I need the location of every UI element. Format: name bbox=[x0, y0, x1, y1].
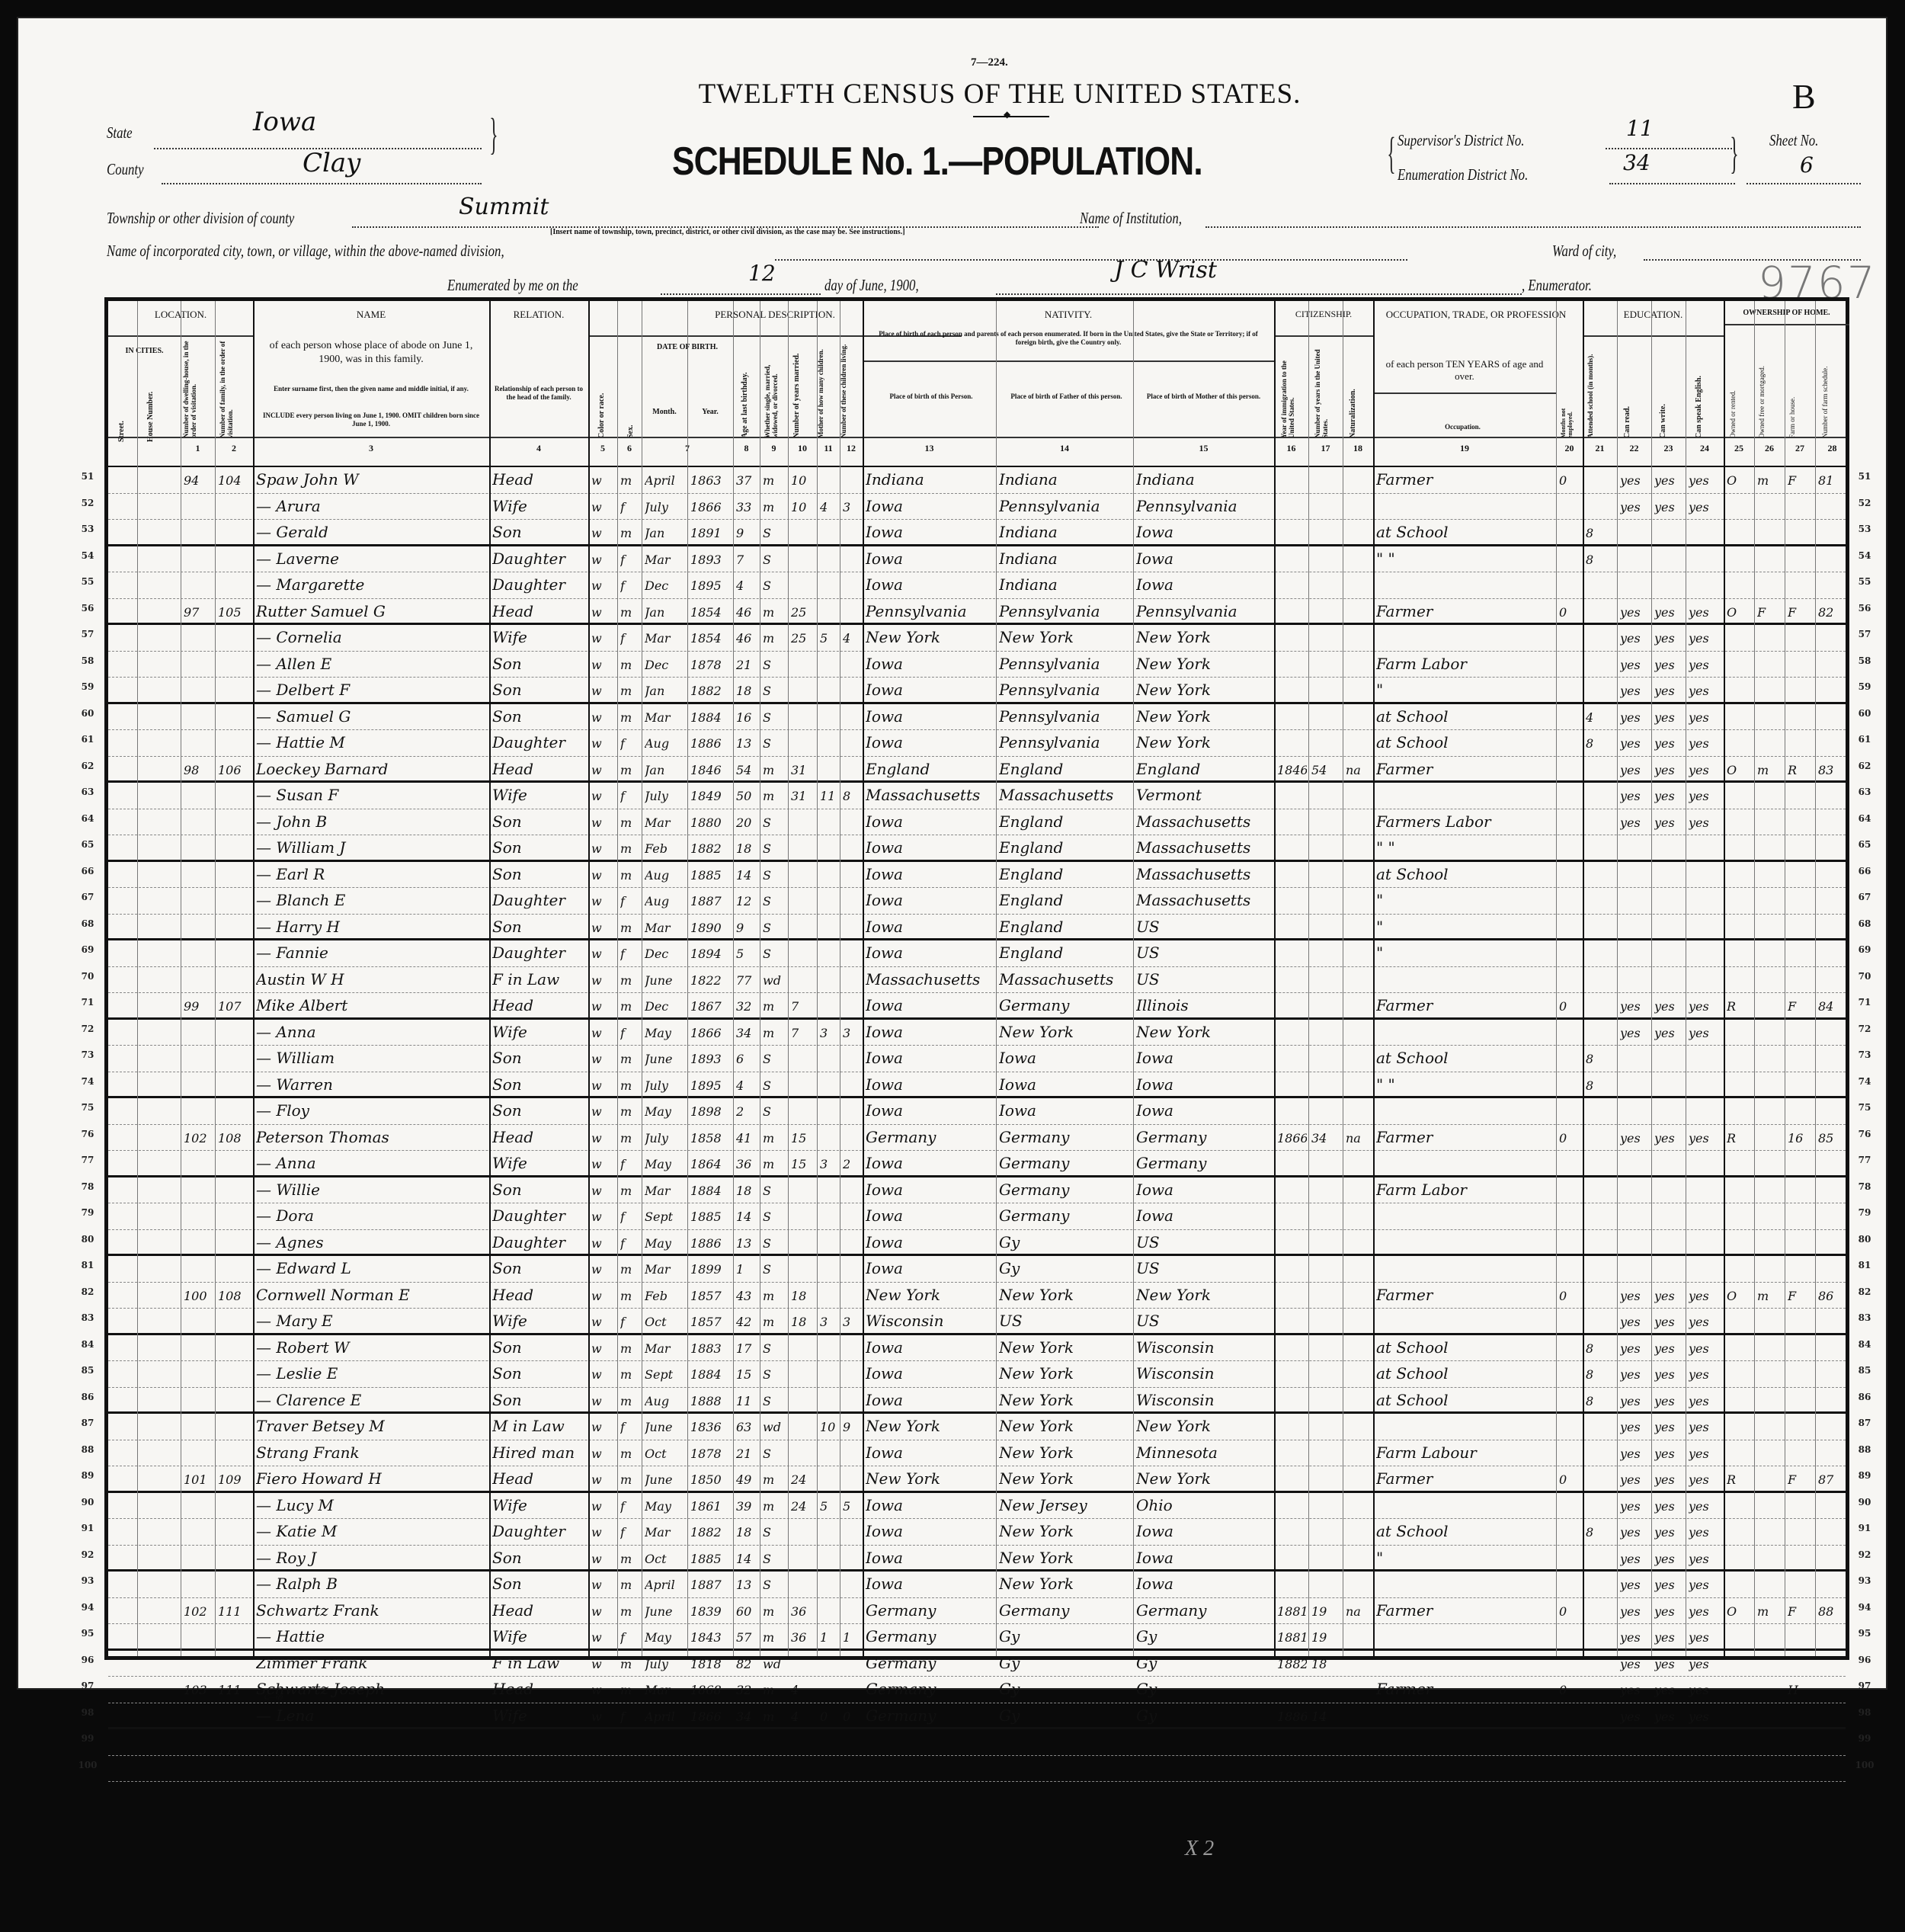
cell-name: Austin W H bbox=[256, 970, 488, 988]
cell-birth: Iowa bbox=[866, 1049, 994, 1067]
cell-birth: Iowa bbox=[866, 944, 994, 962]
cell-color: w bbox=[591, 605, 616, 620]
cell-mother-of: 10 bbox=[820, 1420, 838, 1434]
cell-sex: m bbox=[620, 1184, 640, 1198]
table-row: — AnnaWifewfMay186436m1532IowaGermanyGer… bbox=[108, 1151, 1846, 1177]
cell-year: 1886 bbox=[690, 736, 732, 751]
cell-mother: New York bbox=[1136, 1286, 1273, 1304]
cell-english: yes bbox=[1689, 1341, 1722, 1356]
cell-read: yes bbox=[1620, 789, 1650, 803]
cell-occupation: " bbox=[1376, 1549, 1554, 1567]
cell-marital: S bbox=[763, 841, 786, 856]
cell-mother: New York bbox=[1136, 733, 1273, 751]
cell-yrs-married: 15 bbox=[791, 1131, 815, 1145]
cell-write: yes bbox=[1654, 684, 1684, 698]
township-label: Township or other division of county bbox=[107, 209, 294, 228]
sheet-value: 6 bbox=[1800, 152, 1814, 178]
cell-mother: Iowa bbox=[1136, 549, 1273, 568]
table-row: — John BSonwmMar188020SIowaEnglandMassac… bbox=[108, 809, 1846, 836]
cell-dwelling: 99 bbox=[184, 999, 213, 1014]
cell-name: — Lena bbox=[256, 1706, 488, 1725]
cell-name: Schwartz Frank bbox=[256, 1601, 488, 1620]
cell-yrs-married: 18 bbox=[791, 1289, 815, 1303]
cell-father: New York bbox=[999, 1023, 1132, 1041]
cell-relation: Wife bbox=[492, 1627, 587, 1645]
header-name: NAME bbox=[253, 309, 489, 321]
cell-sex: m bbox=[620, 973, 640, 988]
cell-birth: Iowa bbox=[866, 891, 994, 909]
cell-color: w bbox=[591, 1157, 616, 1171]
header-occupation-group: OCCUPATION, TRADE, OR PROFESSION bbox=[1373, 309, 1579, 321]
cell-write: yes bbox=[1654, 1367, 1684, 1382]
cell-birth: Iowa bbox=[866, 1101, 994, 1120]
cell-age: 46 bbox=[736, 631, 758, 646]
cell-relation: Head bbox=[492, 1128, 587, 1146]
cell-relation: Wife bbox=[492, 786, 587, 804]
cell-color: w bbox=[591, 947, 616, 961]
line-number: 84 bbox=[1853, 1339, 1876, 1350]
line-number: 62 bbox=[76, 761, 99, 771]
cell-sex: m bbox=[620, 1104, 640, 1119]
cell-yrs-married: 10 bbox=[791, 500, 815, 514]
cell-read: yes bbox=[1620, 1552, 1650, 1566]
cell-mother: US bbox=[1136, 1233, 1273, 1251]
cell-relation: Son bbox=[492, 1575, 587, 1593]
cell-marital: m bbox=[763, 631, 786, 646]
cell-father: England bbox=[999, 891, 1132, 909]
cell-month: Jan bbox=[645, 763, 686, 777]
cell-farm: F bbox=[1788, 1289, 1814, 1303]
cell-english: yes bbox=[1689, 1604, 1722, 1619]
line-number: 59 bbox=[76, 681, 99, 692]
cell-schedule: 85 bbox=[1818, 1131, 1848, 1145]
cell-family: 104 bbox=[218, 473, 251, 488]
column-number: 6 bbox=[617, 443, 642, 454]
cell-marital: S bbox=[763, 1578, 786, 1592]
table-row: 102108Peterson ThomasHeadwmJuly185841m15… bbox=[108, 1125, 1846, 1152]
table-row: 99107Mike AlbertHeadwmDec186732m7IowaGer… bbox=[108, 993, 1846, 1020]
district-brace-right: } bbox=[1730, 127, 1738, 178]
cell-relation: M in Law bbox=[492, 1417, 587, 1435]
cell-name: — Arura bbox=[256, 497, 488, 515]
table-row: — LaverneDaughterwfMar18937SIowaIndianaI… bbox=[108, 546, 1846, 573]
cell-write: yes bbox=[1654, 1604, 1684, 1619]
cell-write: yes bbox=[1654, 500, 1684, 514]
cell-family: 108 bbox=[218, 1289, 251, 1303]
cell-year: 1880 bbox=[690, 815, 732, 830]
cell-occupation: Farmer bbox=[1376, 1680, 1554, 1698]
column-divider bbox=[215, 301, 216, 1656]
header-farm-house: Farm or house. bbox=[1788, 381, 1796, 438]
cell-occupation: Farmer bbox=[1376, 1469, 1554, 1488]
state-value: Iowa bbox=[253, 107, 316, 137]
cell-write: yes bbox=[1654, 736, 1684, 751]
cell-color: w bbox=[591, 1210, 616, 1224]
sheet-line bbox=[1747, 183, 1861, 184]
population-table: LOCATION. IN CITIES. Street. House Numbe… bbox=[104, 297, 1849, 1660]
line-number: 81 bbox=[76, 1260, 99, 1270]
line-number: 99 bbox=[1853, 1733, 1876, 1744]
column-divider bbox=[1373, 301, 1375, 1656]
cell-year: 1866 bbox=[690, 1709, 732, 1724]
cell-color: w bbox=[591, 578, 616, 593]
cell-dwelling: 98 bbox=[184, 763, 213, 777]
cell-birth: Iowa bbox=[866, 1364, 994, 1383]
cell-father: Pennsylvania bbox=[999, 733, 1132, 751]
table-row: — LenaWifewfApril186634m400GermanyGyGy18… bbox=[108, 1703, 1846, 1730]
cell-father: Gy bbox=[999, 1706, 1132, 1725]
cell-age: 4 bbox=[736, 1078, 758, 1093]
cell-write: yes bbox=[1654, 1552, 1684, 1566]
cell-yrs-us: 19 bbox=[1311, 1604, 1341, 1619]
cell-age: 18 bbox=[736, 841, 758, 856]
cell-marital: m bbox=[763, 789, 786, 803]
cell-age: 14 bbox=[736, 868, 758, 883]
cell-mother: Gy bbox=[1136, 1627, 1273, 1645]
city-label: Name of incorporated city, town, or vill… bbox=[107, 242, 504, 261]
cell-birth: Iowa bbox=[866, 681, 994, 699]
cell-birth: Iowa bbox=[866, 497, 994, 515]
cell-name: — Susan F bbox=[256, 786, 488, 804]
cell-color: w bbox=[591, 1447, 616, 1461]
cell-write: yes bbox=[1654, 1630, 1684, 1645]
cell-school: 8 bbox=[1586, 1052, 1615, 1066]
column-number: 19 bbox=[1373, 443, 1556, 454]
column-number: 14 bbox=[996, 443, 1133, 454]
line-number: 59 bbox=[1853, 681, 1876, 692]
cell-month: Feb bbox=[645, 1289, 686, 1303]
line-number: 97 bbox=[1853, 1680, 1876, 1691]
cell-mother: Germany bbox=[1136, 1154, 1273, 1172]
line-number: 51 bbox=[1853, 471, 1876, 482]
cell-name: Loeckey Barnard bbox=[256, 760, 488, 778]
line-number: 60 bbox=[1853, 708, 1876, 719]
cell-english: yes bbox=[1689, 473, 1722, 488]
cell-name: — John B bbox=[256, 812, 488, 831]
cell-father: New York bbox=[999, 1575, 1132, 1593]
cell-mother: New York bbox=[1136, 655, 1273, 673]
table-row: — Clarence ESonwmAug188811SIowaNew YorkW… bbox=[108, 1388, 1846, 1415]
line-number: 68 bbox=[1853, 918, 1876, 929]
table-row: — Roy JSonwmOct188514SIowaNew YorkIowa"y… bbox=[108, 1546, 1846, 1572]
cell-month: July bbox=[645, 1131, 686, 1145]
cell-mother: US bbox=[1136, 1312, 1273, 1330]
cell-color: w bbox=[591, 500, 616, 514]
line-number: 92 bbox=[76, 1549, 99, 1560]
cell-sex: m bbox=[620, 999, 640, 1014]
cell-color: w bbox=[591, 894, 616, 908]
cell-year: 1893 bbox=[690, 553, 732, 567]
cell-sex: m bbox=[620, 815, 640, 830]
cell-mother-of: 4 bbox=[820, 500, 838, 514]
line-number: 76 bbox=[76, 1129, 99, 1139]
line-number: 95 bbox=[76, 1628, 99, 1639]
cell-name: — Cornelia bbox=[256, 628, 488, 646]
column-divider bbox=[760, 301, 760, 1656]
cell-name: — Ralph B bbox=[256, 1575, 488, 1593]
cell-school: 8 bbox=[1586, 1341, 1615, 1356]
cell-birth: Germany bbox=[866, 1627, 994, 1645]
cell-birth: Iowa bbox=[866, 1522, 994, 1540]
cell-mother: New York bbox=[1136, 1417, 1273, 1435]
cell-imm: 1881 bbox=[1277, 1604, 1307, 1619]
cell-read: yes bbox=[1620, 684, 1650, 698]
cell-occupation: Farmer bbox=[1376, 760, 1554, 778]
cell-write: yes bbox=[1654, 1525, 1684, 1540]
cell-year: 1882 bbox=[690, 1525, 732, 1540]
cell-schedule: 87 bbox=[1818, 1472, 1848, 1487]
line-number: 57 bbox=[1853, 629, 1876, 639]
cell-year: 1839 bbox=[690, 1604, 732, 1619]
cell-farm: F bbox=[1788, 1604, 1814, 1619]
cell-birth: Massachusetts bbox=[866, 970, 994, 988]
cell-relation: Wife bbox=[492, 628, 587, 646]
cell-mother: Massachusetts bbox=[1136, 838, 1273, 857]
header-can-speak-english: Can speak English. bbox=[1695, 362, 1703, 438]
cell-unemployed: 0 bbox=[1559, 605, 1581, 620]
cell-color: w bbox=[591, 1262, 616, 1277]
cell-occupation: at School bbox=[1376, 1364, 1554, 1383]
cell-yrs-married: 25 bbox=[791, 605, 815, 620]
cell-name: Fiero Howard H bbox=[256, 1469, 488, 1488]
cell-name: — Roy J bbox=[256, 1549, 488, 1567]
cell-living: 0 bbox=[843, 1709, 861, 1724]
line-number: 64 bbox=[76, 813, 99, 824]
cell-birth: Germany bbox=[866, 1654, 994, 1672]
cell-age: 14 bbox=[736, 1210, 758, 1224]
cell-relation: Son bbox=[492, 1259, 587, 1277]
cell-birth: Germany bbox=[866, 1128, 994, 1146]
line-number: 65 bbox=[76, 839, 99, 850]
cell-name: — Fannie bbox=[256, 944, 488, 962]
header-owned-rented: Owned or rented. bbox=[1729, 373, 1737, 438]
line-number: 66 bbox=[76, 866, 99, 876]
cell-relation: Daughter bbox=[492, 575, 587, 594]
cell-color: w bbox=[591, 1289, 616, 1303]
cell-color: w bbox=[591, 1472, 616, 1487]
cell-sex: m bbox=[620, 1341, 640, 1356]
cell-occupation: Farm Labor bbox=[1376, 1181, 1554, 1199]
cell-mother: US bbox=[1136, 944, 1273, 962]
cell-age: 46 bbox=[736, 605, 758, 620]
cell-month: April bbox=[645, 473, 686, 488]
cell-yrs-us: 54 bbox=[1311, 763, 1341, 777]
cell-relation: F in Law bbox=[492, 1654, 587, 1672]
line-number: 65 bbox=[1853, 839, 1876, 850]
cell-father: Gy bbox=[999, 1654, 1132, 1672]
table-row: — Mary EWifewfOct185742m1833WisconsinUSU… bbox=[108, 1309, 1846, 1335]
cell-color: w bbox=[591, 1683, 616, 1697]
cell-sex: m bbox=[620, 841, 640, 856]
cell-english: yes bbox=[1689, 658, 1722, 672]
column-divider bbox=[489, 301, 491, 1656]
line-number: 70 bbox=[76, 971, 99, 982]
cell-name: — Mary E bbox=[256, 1312, 488, 1330]
cell-father: Gy bbox=[999, 1259, 1132, 1277]
cell-occupation: " " bbox=[1376, 1075, 1554, 1094]
cell-family: 108 bbox=[218, 1131, 251, 1145]
line-number: 87 bbox=[76, 1418, 99, 1428]
cell-relation: Son bbox=[492, 1101, 587, 1120]
cell-year: 1849 bbox=[690, 789, 732, 803]
column-number: 2 bbox=[215, 443, 253, 454]
cell-month: Dec bbox=[645, 658, 686, 672]
cell-schedule: 86 bbox=[1818, 1289, 1848, 1303]
cell-age: 34 bbox=[736, 1709, 758, 1724]
line-number: 82 bbox=[76, 1286, 99, 1297]
cell-father: Massachusetts bbox=[999, 970, 1132, 988]
cell-mother: Gy bbox=[1136, 1680, 1273, 1698]
cell-dwelling: 94 bbox=[184, 473, 213, 488]
cell-unemployed: 0 bbox=[1559, 473, 1581, 488]
cell-write: yes bbox=[1654, 1709, 1684, 1724]
cell-write: yes bbox=[1654, 1657, 1684, 1671]
cell-imm: 1866 bbox=[1277, 1131, 1307, 1145]
cell-english: yes bbox=[1689, 763, 1722, 777]
cell-free: F bbox=[1757, 605, 1783, 620]
cell-read: yes bbox=[1620, 1472, 1650, 1487]
column-divider bbox=[1617, 301, 1618, 1656]
cell-schedule: 82 bbox=[1818, 605, 1848, 620]
line-number: 89 bbox=[76, 1470, 99, 1481]
header-rule bbox=[1274, 335, 1373, 337]
cell-mother-of: 5 bbox=[820, 1499, 838, 1514]
cell-color: w bbox=[591, 1604, 616, 1619]
cell-name: Traver Betsey M bbox=[256, 1417, 488, 1435]
cell-name: — Clarence E bbox=[256, 1391, 488, 1409]
cell-name: — Edward L bbox=[256, 1259, 488, 1277]
cell-mother: New York bbox=[1136, 707, 1273, 726]
cell-marital: wd bbox=[763, 973, 786, 988]
cell-sex: m bbox=[620, 1078, 640, 1093]
cell-color: w bbox=[591, 658, 616, 672]
cell-marital: S bbox=[763, 894, 786, 908]
cell-english: yes bbox=[1689, 789, 1722, 803]
table-row: — AnnaWifewfMay186634m733IowaNew YorkNew… bbox=[108, 1020, 1846, 1046]
cell-name: — Margarette bbox=[256, 575, 488, 594]
cell-english: yes bbox=[1689, 1472, 1722, 1487]
cell-sex: m bbox=[620, 526, 640, 540]
cell-father: England bbox=[999, 944, 1132, 962]
table-row: 101109Fiero Howard HHeadwmJune185049m24N… bbox=[108, 1466, 1846, 1493]
cell-marital: S bbox=[763, 1262, 786, 1277]
cell-father: Iowa bbox=[999, 1049, 1132, 1067]
cell-month: Mar bbox=[645, 1525, 686, 1540]
cell-color: w bbox=[591, 1578, 616, 1592]
line-number: 82 bbox=[1853, 1286, 1876, 1297]
cell-birth: Iowa bbox=[866, 1391, 994, 1409]
cell-relation: Daughter bbox=[492, 1206, 587, 1225]
cell-yrs-married: 31 bbox=[791, 763, 815, 777]
cell-own: R bbox=[1727, 1131, 1753, 1145]
line-number: 96 bbox=[76, 1655, 99, 1665]
cell-unemployed: 0 bbox=[1559, 1289, 1581, 1303]
line-number: 72 bbox=[1853, 1024, 1876, 1034]
cell-occupation: at School bbox=[1376, 523, 1554, 541]
cell-age: 42 bbox=[736, 1315, 758, 1329]
cell-relation: Wife bbox=[492, 497, 587, 515]
column-divider bbox=[1724, 301, 1725, 1656]
cell-year: 1884 bbox=[690, 1184, 732, 1198]
cell-year: 1850 bbox=[690, 1472, 732, 1487]
cell-birth: New York bbox=[866, 1417, 994, 1435]
cell-marital: S bbox=[763, 1525, 786, 1540]
cell-sex: m bbox=[620, 605, 640, 620]
cell-mother: Iowa bbox=[1136, 1101, 1273, 1120]
line-number: 93 bbox=[76, 1575, 99, 1586]
cell-year: 1857 bbox=[690, 1315, 732, 1329]
cell-unemployed: 0 bbox=[1559, 1604, 1581, 1619]
cell-mother: Ohio bbox=[1136, 1496, 1273, 1514]
cell-living: 9 bbox=[843, 1420, 861, 1434]
cell-free: m bbox=[1757, 1289, 1783, 1303]
cell-mother: Iowa bbox=[1136, 1575, 1273, 1593]
column-number: 12 bbox=[840, 443, 863, 454]
table-row: — WarrenSonwmJuly18954SIowaIowaIowa" "8 bbox=[108, 1072, 1846, 1099]
cell-write: yes bbox=[1654, 710, 1684, 725]
cell-age: 21 bbox=[736, 658, 758, 672]
cell-age: 43 bbox=[736, 1289, 758, 1303]
cell-name: — Robert W bbox=[256, 1338, 488, 1357]
column-number: 13 bbox=[863, 443, 996, 454]
cell-year: 1890 bbox=[690, 921, 732, 935]
cell-color: w bbox=[591, 1657, 616, 1671]
cell-unemployed: 0 bbox=[1559, 1131, 1581, 1145]
cell-month: May bbox=[645, 1026, 686, 1040]
cell-year: 1894 bbox=[690, 947, 732, 961]
header-birth-person: Place of birth of this Person. bbox=[866, 392, 996, 401]
cell-occupation: at School bbox=[1376, 1391, 1554, 1409]
cell-mother: New York bbox=[1136, 1469, 1273, 1488]
cell-english: yes bbox=[1689, 736, 1722, 751]
cell-relation: Son bbox=[492, 918, 587, 936]
cell-age: 32 bbox=[736, 999, 758, 1014]
table-row bbox=[108, 1729, 1846, 1756]
line-number: 85 bbox=[76, 1365, 99, 1376]
cell-marital: S bbox=[763, 1104, 786, 1119]
line-number: 55 bbox=[1853, 576, 1876, 587]
cell-sex: f bbox=[620, 1420, 640, 1434]
cell-father: Germany bbox=[999, 1601, 1132, 1620]
header-education: EDUCATION. bbox=[1583, 309, 1724, 321]
cell-sex: f bbox=[620, 947, 640, 961]
cell-living: 3 bbox=[843, 1315, 861, 1329]
cell-marital: m bbox=[763, 1131, 786, 1145]
line-number: 99 bbox=[76, 1733, 99, 1744]
cell-father: US bbox=[999, 1312, 1132, 1330]
cell-english: yes bbox=[1689, 1525, 1722, 1540]
cell-year: 1854 bbox=[690, 631, 732, 646]
cell-sex: m bbox=[620, 1578, 640, 1592]
cell-father: Pennsylvania bbox=[999, 681, 1132, 699]
header-immigration-year: Year of immigration to the United States… bbox=[1280, 343, 1305, 438]
cell-occupation: " bbox=[1376, 891, 1554, 909]
line-number: 88 bbox=[76, 1444, 99, 1455]
cell-month: Jan bbox=[645, 526, 686, 540]
cell-mother: Gy bbox=[1136, 1706, 1273, 1725]
cell-unemployed: 0 bbox=[1559, 999, 1581, 1014]
cell-mother: Iowa bbox=[1136, 1181, 1273, 1199]
cell-month: Mar bbox=[645, 815, 686, 830]
cell-occupation: Farmers Labor bbox=[1376, 812, 1554, 831]
cell-mother-of: 1 bbox=[820, 1630, 838, 1645]
cell-father: New York bbox=[999, 1522, 1132, 1540]
cell-relation: Head bbox=[492, 1286, 587, 1304]
cell-month: July bbox=[645, 1657, 686, 1671]
cell-age: 9 bbox=[736, 526, 758, 540]
line-number: 56 bbox=[76, 603, 99, 614]
cell-yrs-married: 25 bbox=[791, 631, 815, 646]
